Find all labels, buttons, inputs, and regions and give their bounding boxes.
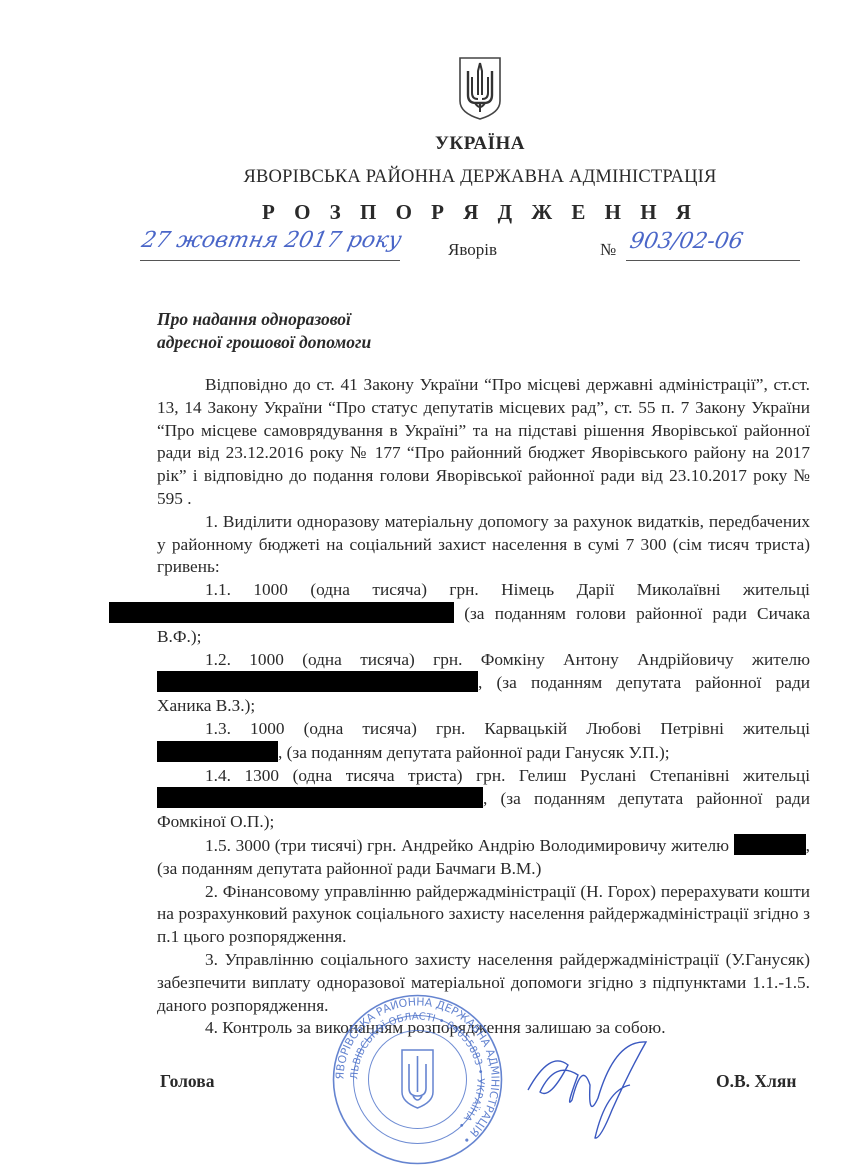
official-stamp: ЯВОРІВСЬКА РАЙОННА ДЕРЖАВНА АДМІНІСТРАЦІ… xyxy=(330,992,505,1167)
redacted-address xyxy=(157,787,483,808)
preamble-paragraph: Відповідно до ст. 41 Закону України “Про… xyxy=(157,374,810,511)
item-1-paragraph: 1. Виділити одноразову матеріальну допом… xyxy=(157,511,810,579)
subitem-1-1: 1.1. 1000 (одна тисяча) грн. Німець Дарі… xyxy=(157,579,810,648)
number-sign: № xyxy=(600,240,616,260)
subitem-1-3-tail: , (за поданням депутата районної ради Га… xyxy=(278,743,670,762)
redacted-address xyxy=(109,602,454,623)
redacted-address xyxy=(734,834,806,855)
subitem-1-3: 1.3. 1000 (одна тисяча) грн. Карвацькій … xyxy=(157,718,810,765)
handwritten-number: 903/02-06 xyxy=(628,229,745,254)
country-name: УКРАЇНА xyxy=(0,133,850,155)
city-name: Яворів xyxy=(448,240,497,260)
subitem-1-2: 1.2. 1000 (одна тисяча) грн. Фомкіну Ант… xyxy=(157,649,810,718)
signatory-role: Голова xyxy=(160,1071,214,1092)
redacted-address xyxy=(157,741,278,762)
subitem-1-5-text: 1.5. 3000 (три тисячі) грн. Андрейко Анд… xyxy=(205,836,729,855)
ukraine-coat-of-arms-icon xyxy=(457,55,503,121)
document-body: Відповідно до ст. 41 Закону України “Про… xyxy=(157,374,810,1040)
subitem-1-4-text: 1.4. 1300 (одна тисяча триста) грн. Гели… xyxy=(205,766,810,785)
subitem-1-5: 1.5. 3000 (три тисячі) грн. Андрейко Анд… xyxy=(157,834,810,881)
item-2-paragraph: 2. Фінансовому управлінню райдержадмініс… xyxy=(157,881,810,949)
subitem-1-2-text: 1.2. 1000 (одна тисяча) грн. Фомкіну Ант… xyxy=(205,650,810,669)
document-subject: Про надання одноразової адресної грошово… xyxy=(157,308,371,354)
handwritten-signature xyxy=(520,1030,660,1150)
signatory-name: О.В. Хлян xyxy=(716,1071,796,1092)
subject-line-1: Про надання одноразової xyxy=(157,308,371,331)
document-type: Р О З П О Р Я Д Ж Е Н Н Я xyxy=(0,200,850,225)
subitem-1-4: 1.4. 1300 (одна тисяча триста) грн. Гели… xyxy=(157,765,810,834)
subitem-1-1-text: 1.1. 1000 (одна тисяча) грн. Німець Дарі… xyxy=(205,580,810,599)
redacted-address xyxy=(157,671,478,692)
handwritten-date: 27 жовтня 2017 року xyxy=(139,228,403,253)
subitem-1-3-text: 1.3. 1000 (одна тисяча) грн. Карвацькій … xyxy=(205,719,810,738)
authority-name: ЯВОРІВСЬКА РАЙОННА ДЕРЖАВНА АДМІНІСТРАЦІ… xyxy=(0,167,850,188)
subject-line-2: адресної грошової допомоги xyxy=(157,331,371,354)
